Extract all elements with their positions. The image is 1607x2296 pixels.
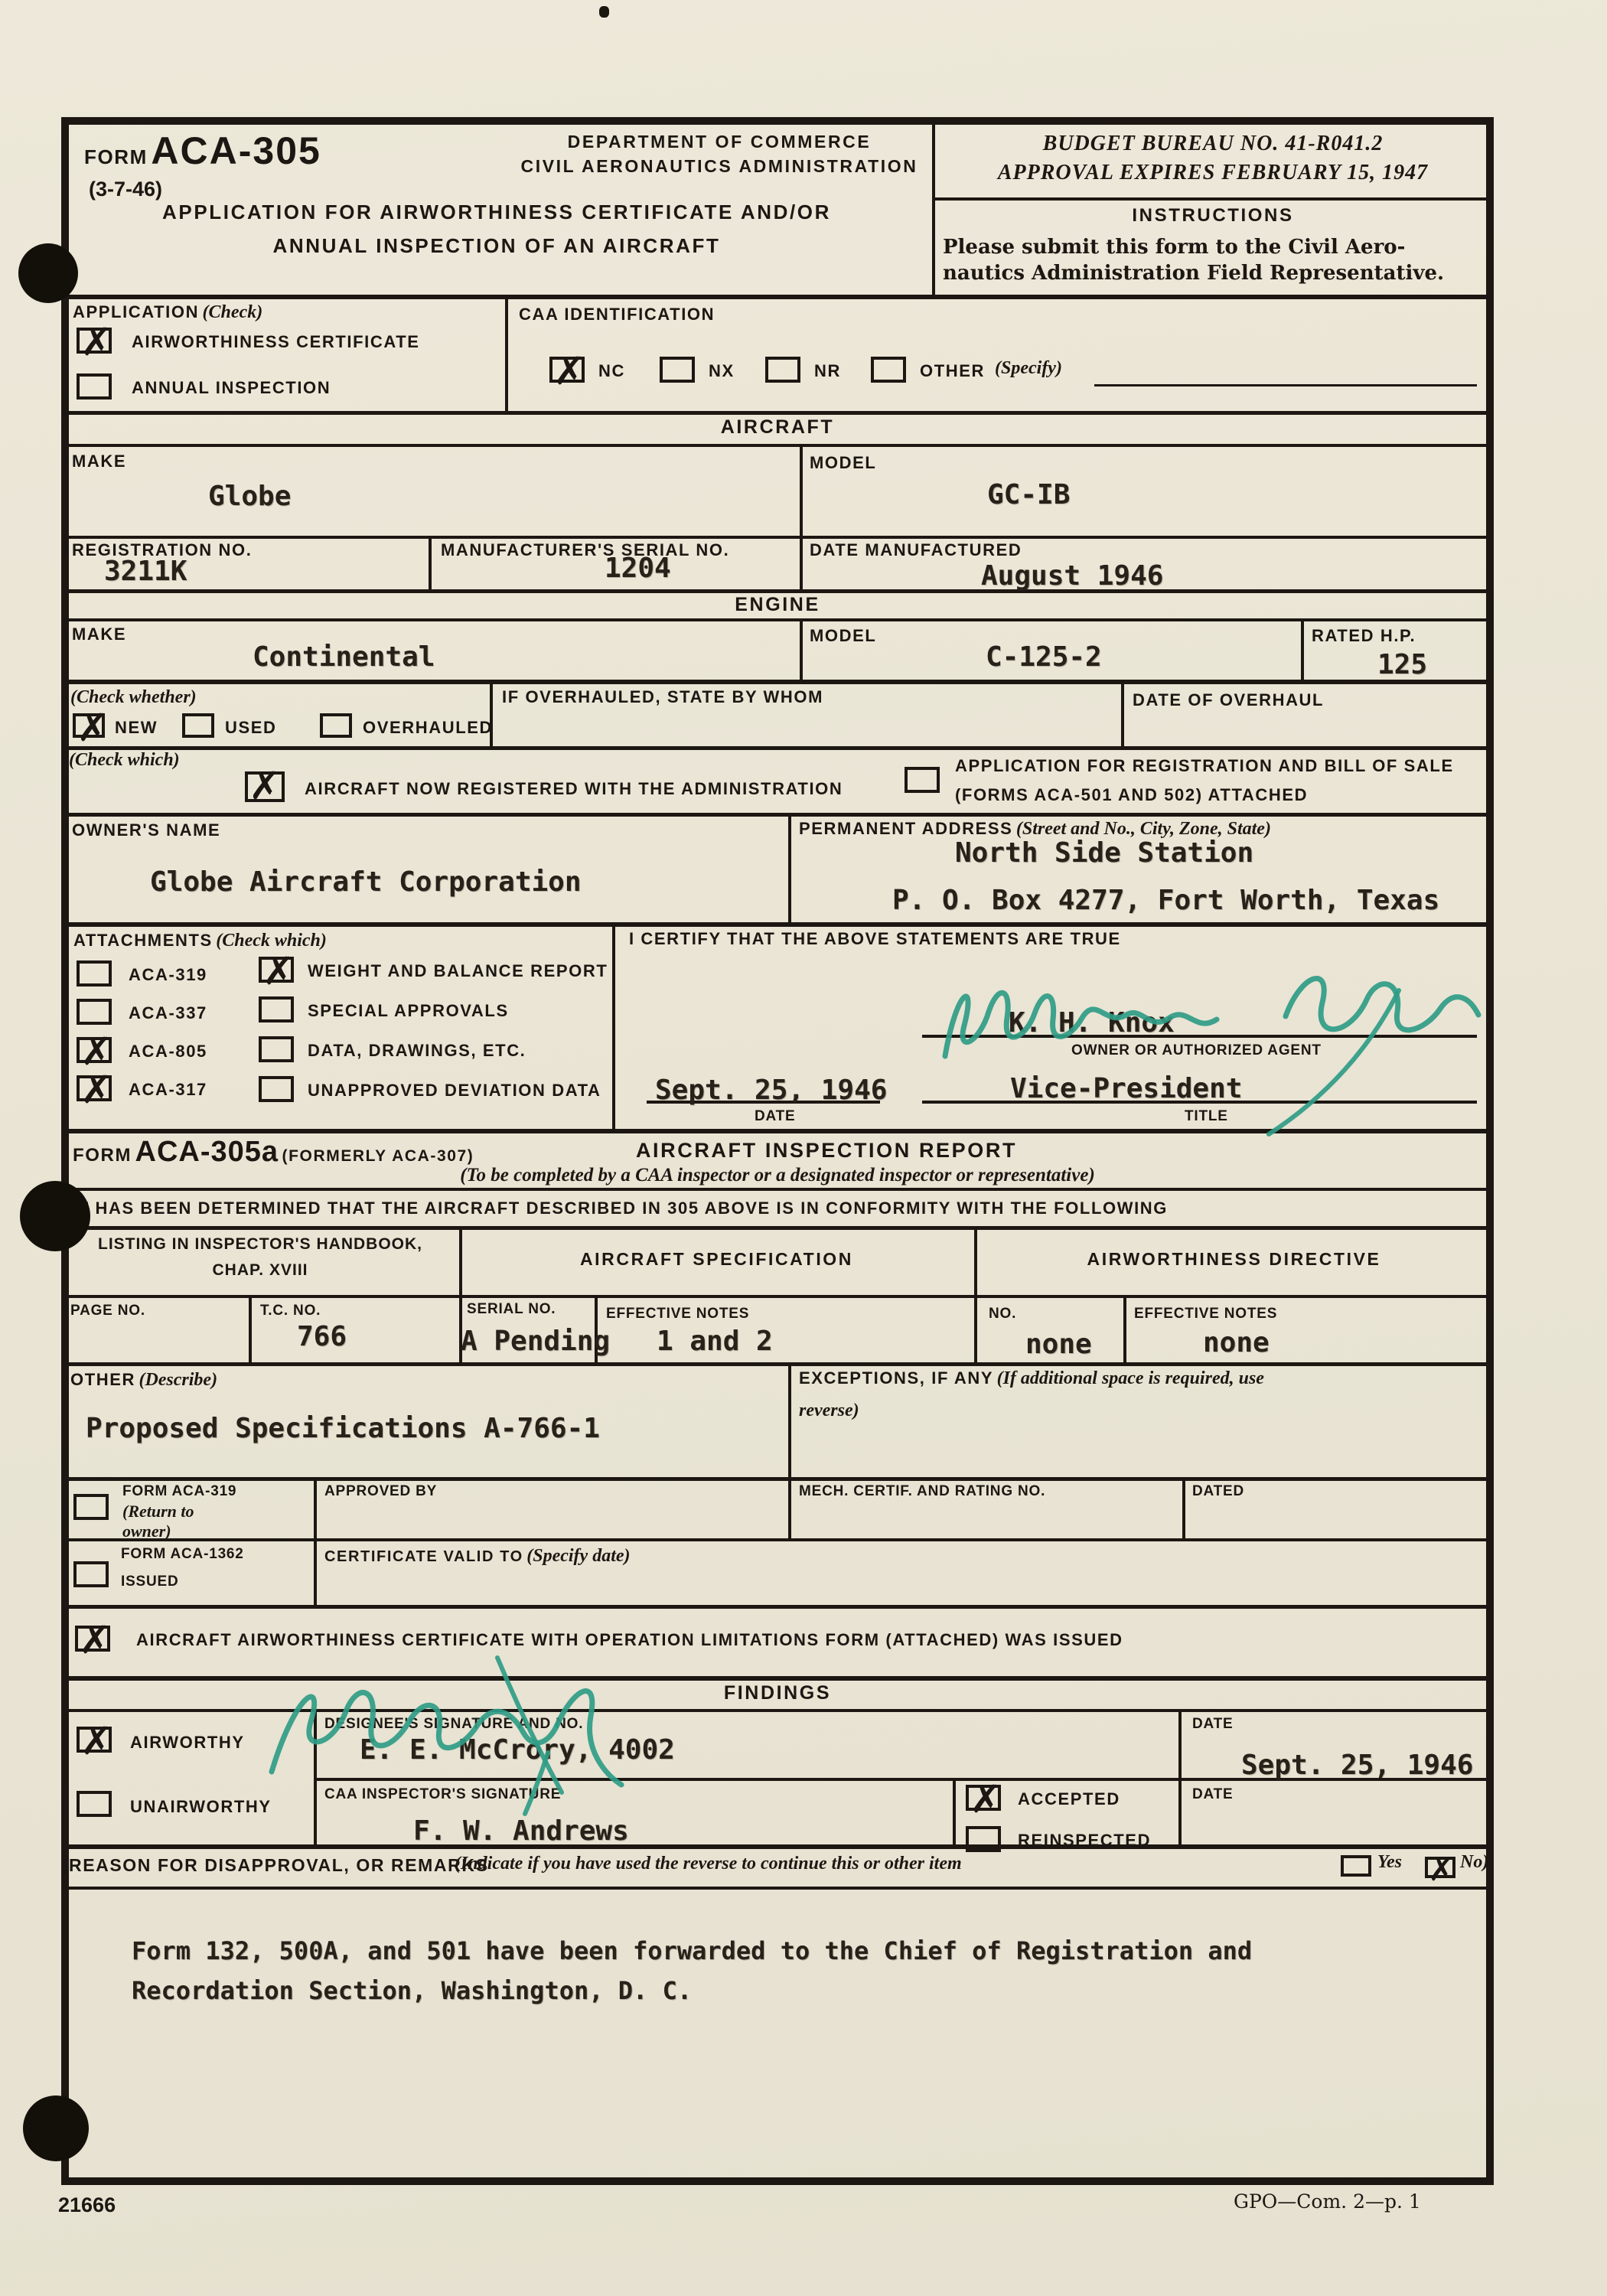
divider-h [61, 1887, 1494, 1890]
owner-signature-ink [903, 941, 1492, 1156]
aca-805-label: ACA-805 [129, 1042, 207, 1062]
divider-h [61, 1362, 1494, 1366]
permanent-address-label: PERMANENT ADDRESS [799, 819, 1012, 838]
other-specify-note: (Specify) [995, 358, 1062, 379]
aca-337-label: ACA-337 [129, 1003, 207, 1023]
page-no-label: PAGE NO. [70, 1303, 145, 1319]
inspection-subtitle: (To be completed by a CAA inspector or a… [61, 1165, 1494, 1186]
divider-h [61, 1538, 1494, 1541]
data-drawings-label: DATA, DRAWINGS, ETC. [308, 1041, 526, 1061]
remarks-no-label: No) [1460, 1852, 1488, 1873]
budget-bureau-line: BUDGET BUREAU NO. 41-R041.2 [932, 132, 1494, 156]
directive-no-value: none [1025, 1329, 1092, 1360]
exceptions-label: EXCEPTIONS, IF ANY [799, 1368, 993, 1388]
remarks-label: REASON FOR DISAPPROVAL, OR REMARKS [69, 1855, 489, 1876]
hole-punch [18, 243, 78, 303]
remarks-no-checkbox[interactable] [1425, 1857, 1455, 1878]
divider-v [788, 813, 791, 922]
engine-overhauled-checkbox[interactable] [320, 713, 352, 738]
divider-v [1182, 1477, 1185, 1538]
caa-identification-label: CAA IDENTIFICATION [519, 305, 715, 325]
engine-make-value: Continental [253, 641, 435, 673]
airworthiness-certificate-label: AIRWORTHINESS CERTIFICATE [132, 332, 420, 352]
engine-section-title: ENGINE [61, 594, 1494, 616]
certificate-valid-note: (Specify date) [526, 1546, 630, 1566]
hole-punch [23, 2095, 89, 2161]
airworthy-label: AIRWORTHY [130, 1733, 245, 1753]
form-id: FORM ACA-305 [84, 129, 321, 173]
divider-v [788, 1362, 791, 1477]
instructions-text-line1: Please submit this form to the Civil Aer… [943, 236, 1405, 259]
application-label: APPLICATION [73, 302, 199, 321]
spec-notes-label: EFFECTIVE NOTES [606, 1306, 749, 1322]
inspector-ink-mark [511, 1745, 565, 1821]
divider-v [612, 922, 615, 1129]
registration-no-value: 3211K [104, 556, 187, 587]
divider-v [1178, 1709, 1182, 1844]
certify-date-value: Sept. 25, 1946 [655, 1075, 887, 1106]
instructions-text-line2: nautics Administration Field Representat… [943, 262, 1444, 285]
owner-name-value: Globe Aircraft Corporation [150, 866, 582, 898]
weight-balance-label: WEIGHT AND BALANCE REPORT [308, 961, 608, 981]
form-aca-1362-label: FORM ACA-1362 [121, 1546, 244, 1563]
other-describe-note: (Describe) [139, 1370, 217, 1390]
engine-used-checkbox[interactable] [182, 713, 214, 738]
divider-h [61, 536, 1494, 539]
remarks-yes-checkbox[interactable] [1341, 1855, 1371, 1877]
unairworthy-label: UNAIRWORTHY [130, 1797, 272, 1817]
aca-319-checkbox[interactable] [77, 960, 112, 987]
form-305a-word: FORM [73, 1145, 132, 1166]
rated-hp-label: RATED H.P. [1312, 626, 1416, 646]
remarks-note: (Indicate if you have used the reverse t… [455, 1854, 962, 1874]
engine-model-value: C-125-2 [986, 641, 1102, 673]
form-word: FORM [84, 145, 148, 168]
mfr-serial-value: 1204 [605, 553, 671, 584]
date-of-overhaul-label: DATE OF OVERHAUL [1133, 690, 1324, 710]
engine-overhauled-label: OVERHAULED [363, 718, 493, 738]
attachments-label: ATTACHMENTS [73, 931, 213, 950]
spec-notes-value: 1 and 2 [657, 1326, 773, 1357]
approved-by-label: APPROVED BY [324, 1483, 437, 1500]
divider-h [61, 444, 1494, 447]
directive-no-label: NO. [989, 1306, 1016, 1322]
scan-speck [599, 6, 609, 18]
aca-805-checkbox[interactable] [77, 1037, 112, 1063]
form-revision: (3-7-46) [89, 178, 162, 201]
application-check-note: (Check) [203, 302, 263, 322]
divider-h [61, 1477, 1494, 1481]
aircraft-make-value: Globe [208, 481, 291, 512]
attachments-heading: ATTACHMENTS (Check which) [73, 931, 327, 951]
divider-v [1301, 618, 1304, 680]
divider-v [800, 618, 803, 680]
accepted-checkbox[interactable] [966, 1785, 1001, 1811]
owner-name-label: OWNER'S NAME [72, 820, 220, 840]
mech-certif-label: MECH. CERTIF. AND RATING NO. [799, 1483, 1045, 1500]
hole-punch [20, 1181, 90, 1251]
nr-label: NR [814, 361, 841, 381]
divider-h [61, 1605, 1494, 1609]
footer-gpo-imprint: GPO—Com. 2—p. 1 [1234, 2190, 1421, 2213]
department-line: DEPARTMENT OF COMMERCE [505, 132, 934, 152]
aca-319-label: ACA-319 [129, 965, 207, 985]
divider-v [788, 1477, 791, 1538]
divider-v [974, 1226, 977, 1362]
divider-v [314, 1477, 317, 1605]
engine-new-label: NEW [115, 718, 158, 738]
scanned-form-page: FORM ACA-305 (3-7-46) DEPARTMENT OF COMM… [0, 0, 1607, 2296]
annual-inspection-label: ANNUAL INSPECTION [132, 378, 331, 398]
permanent-address-note: (Street and No., City, Zone, State) [1016, 819, 1271, 839]
rated-hp-value: 125 [1377, 649, 1427, 680]
attachments-check-note: (Check which) [216, 931, 327, 951]
form-aca-1362-checkbox[interactable] [73, 1561, 109, 1587]
findings-date-value: Sept. 25, 1946 [1241, 1750, 1473, 1781]
aircraft-model-value: GC-IB [987, 479, 1070, 510]
divider-h [61, 746, 1494, 750]
divider-h [61, 618, 1494, 621]
mfr-serial-label: MANUFACTURER'S SERIAL NO. [441, 540, 729, 560]
exceptions-heading: EXCEPTIONS, IF ANY (If additional space … [799, 1368, 1264, 1389]
divider-h [61, 1844, 1494, 1849]
listing-header-line1: LISTING IN INSPECTOR'S HANDBOOK, [61, 1235, 459, 1254]
accepted-label: ACCEPTED [1018, 1789, 1120, 1809]
other-label: OTHER [920, 361, 985, 381]
special-approvals-checkbox[interactable] [259, 996, 294, 1022]
data-drawings-checkbox[interactable] [259, 1036, 294, 1062]
aircraft-spec-header: AIRCRAFT SPECIFICATION [459, 1249, 974, 1270]
bill-of-sale-label-line1: APPLICATION FOR REGISTRATION AND BILL OF… [955, 756, 1454, 776]
designee-signature-ink [245, 1645, 658, 1799]
airworthiness-certificate-checkbox[interactable] [77, 328, 112, 354]
remarks-body-line2: Recordation Section, Washington, D. C. [132, 1976, 692, 2005]
aca-317-label: ACA-317 [129, 1080, 207, 1100]
other-checkbox[interactable] [871, 357, 906, 383]
other-describe-label: OTHER [70, 1370, 135, 1389]
certificate-issued-checkbox[interactable] [75, 1626, 110, 1652]
divider-h [932, 197, 1494, 201]
aca-337-checkbox[interactable] [77, 999, 112, 1025]
administration-line: CIVIL AERONAUTICS ADMINISTRATION [505, 156, 934, 177]
nc-label: NC [598, 361, 625, 381]
listing-header-line2: CHAP. XVIII [61, 1261, 459, 1280]
divider-h [61, 813, 1494, 817]
aircraft-make-label: MAKE [72, 452, 126, 471]
form-aca-319-label: FORM ACA-319 [122, 1483, 236, 1500]
other-heading: OTHER (Describe) [70, 1370, 217, 1391]
bill-of-sale-checkbox[interactable] [905, 767, 940, 793]
weight-balance-checkbox[interactable] [259, 957, 294, 983]
special-approvals-label: SPECIAL APPROVALS [308, 1001, 509, 1021]
exceptions-note-line2: reverse) [799, 1401, 859, 1421]
divider-v [953, 1778, 956, 1844]
engine-used-label: USED [225, 718, 277, 738]
form-aca-1362-issued-label: ISSUED [121, 1574, 179, 1590]
date-manufactured-label: DATE MANUFACTURED [810, 540, 1022, 560]
engine-make-label: MAKE [72, 625, 126, 644]
directive-notes-label: EFFECTIVE NOTES [1134, 1306, 1277, 1322]
engine-model-label: MODEL [810, 626, 876, 646]
permanent-address-heading: PERMANENT ADDRESS (Street and No., City,… [799, 819, 1271, 840]
dated-label: DATED [1192, 1483, 1244, 1500]
spec-serial-label: SERIAL NO. [467, 1301, 556, 1318]
remarks-body-line1: Form 132, 500A, and 501 have been forwar… [132, 1936, 1252, 1965]
footer-stock-number: 21666 [58, 2193, 116, 2217]
registered-checkbox[interactable] [245, 771, 285, 802]
reinspected-label: REINSPECTED [1018, 1831, 1151, 1851]
form-title-line1: APPLICATION FOR AIRWORTHINESS CERTIFICAT… [61, 201, 932, 224]
date-manufactured-value: August 1946 [981, 560, 1163, 592]
divider-v [1121, 680, 1124, 746]
divider-h [61, 411, 1494, 415]
form-aca-319-owner-note: owner) [122, 1521, 171, 1541]
spec-serial-value: A Pending [461, 1326, 610, 1357]
divider-h [61, 1295, 1494, 1298]
form-aca-319-checkbox[interactable] [73, 1494, 109, 1520]
exceptions-note-line1: (If additional space is required, use [997, 1368, 1264, 1388]
divider-v [429, 536, 432, 589]
divider-h [61, 1226, 1494, 1230]
findings-date-label: DATE [1192, 1716, 1234, 1733]
aca-317-checkbox[interactable] [77, 1075, 112, 1101]
owner-address-line2: P. O. Box 4277, Fort Worth, Texas [892, 885, 1439, 916]
divider-v [505, 295, 508, 411]
reinspected-checkbox[interactable] [966, 1826, 1001, 1852]
airworthy-checkbox[interactable] [77, 1727, 112, 1753]
divider-v [800, 444, 803, 589]
unapproved-deviation-checkbox[interactable] [259, 1076, 294, 1102]
other-specify-blank[interactable] [1094, 384, 1477, 386]
nc-checkbox[interactable] [549, 357, 585, 383]
approval-expires-line: APPROVAL EXPIRES FEBRUARY 15, 1947 [932, 161, 1494, 185]
certificate-valid-label: CERTIFICATE VALID TO [324, 1548, 523, 1565]
tc-no-value: 766 [297, 1321, 347, 1352]
engine-check-note: (Check whether) [70, 687, 197, 708]
remarks-yes-label: Yes [1377, 1852, 1402, 1873]
divider-h [61, 295, 1494, 299]
unairworthy-checkbox[interactable] [77, 1791, 112, 1817]
certify-date-label: DATE [755, 1108, 796, 1125]
annual-inspection-checkbox[interactable] [77, 373, 112, 400]
nx-label: NX [709, 361, 735, 381]
engine-new-checkbox[interactable] [73, 713, 105, 738]
form-title-line2: ANNUAL INSPECTION OF AN AIRCRAFT [61, 234, 932, 258]
tc-no-label: T.C. NO. [260, 1303, 321, 1319]
nx-checkbox[interactable] [660, 357, 695, 383]
divider-h [61, 680, 1494, 684]
divider-v [249, 1295, 252, 1362]
divider-v [1123, 1295, 1126, 1362]
determined-statement: IT HAS BEEN DETERMINED THAT THE AIRCRAFT… [72, 1199, 1168, 1218]
registered-label: AIRCRAFT NOW REGISTERED WITH THE ADMINIS… [305, 779, 843, 799]
aircraft-section-title: AIRCRAFT [61, 416, 1494, 439]
owner-address-line1: North Side Station [955, 837, 1253, 869]
bill-of-sale-label-line2: (FORMS ACA-501 AND 502) ATTACHED [955, 785, 1308, 805]
divider-h [61, 1188, 1494, 1191]
directive-notes-value: none [1203, 1327, 1270, 1358]
divider-h [61, 922, 1494, 927]
registration-check-note: (Check which) [69, 750, 180, 771]
divider-h [61, 589, 1494, 593]
form-number: ACA-305 [151, 129, 321, 172]
nr-checkbox[interactable] [765, 357, 800, 383]
instructions-title: INSTRUCTIONS [932, 205, 1494, 227]
other-value: Proposed Specifications A-766-1 [86, 1413, 600, 1444]
certificate-valid-heading: CERTIFICATE VALID TO (Specify date) [324, 1546, 631, 1567]
overhauled-by-whom-label: IF OVERHAULED, STATE BY WHOM [502, 687, 823, 707]
findings-date2-label: DATE [1192, 1786, 1234, 1803]
form-aca-319-return-note: (Return to [122, 1502, 194, 1521]
unapproved-deviation-label: UNAPPROVED DEVIATION DATA [308, 1081, 601, 1101]
aircraft-model-label: MODEL [810, 453, 876, 473]
airworthiness-directive-header: AIRWORTHINESS DIRECTIVE [974, 1249, 1494, 1270]
